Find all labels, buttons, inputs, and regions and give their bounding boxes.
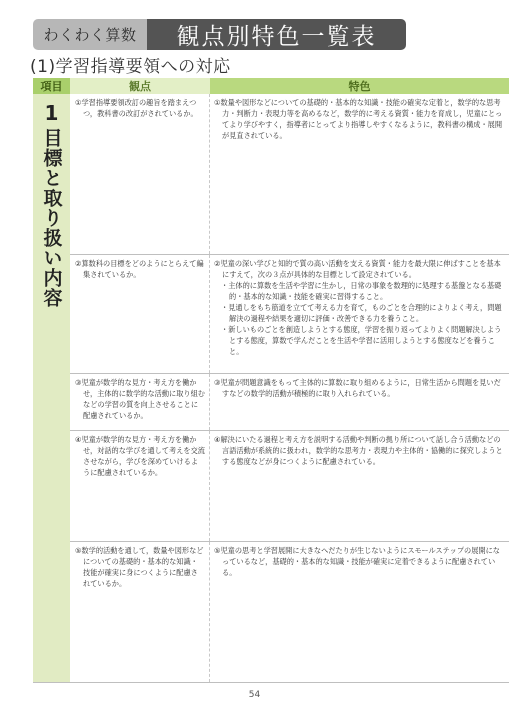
feature-cell: ①数量や図形などについての基礎的・基本的な知識・技能の確実な定着と，数学的な思考… — [210, 94, 509, 254]
feature-text: ④解決にいたる過程と考え方を説明する活動や判断の拠り所について話し合う活動などの… — [214, 434, 503, 467]
feature-text: ②児童の深い学びと知的で質の高い活動を支える資質・能力を最大限に伸ばすことを基本… — [214, 258, 503, 280]
category-number: 1 — [45, 102, 59, 124]
feature-cell: ③児童が問題意識をもって主体的に算数に取り組めるように，日常生活から問題を見いだ… — [210, 374, 509, 430]
textbook-name: わくわく算数 — [33, 19, 147, 50]
viewpoint-cell: ②算数科の目標をどのようにとらえて編集されているか。 — [70, 255, 210, 373]
table-row: ②算数科の目標をどのようにとらえて編集されているか。 ②児童の深い学びと知的で質… — [70, 254, 509, 373]
table-rows: ①学習指導要領改訂の趣旨を踏まえつつ，教科書の改訂がされているか。 ①数量や図形… — [70, 94, 509, 682]
viewpoint-text: ⑤数学的活動を通して，数量や図形などについての基礎的・基本的な知識・技能が確実に… — [75, 545, 205, 589]
category-column: 1 目標と取り扱い内容 — [33, 94, 70, 682]
viewpoint-text: ④児童が数学的な見方・考え方を働かせ，対話的な学びを通して考えを交流させながら，… — [75, 434, 205, 478]
viewpoint-text: ③児童が数学的な見方・考え方を働かせ，主体的に数学的な活動に取り組むなどの学習の… — [75, 377, 205, 421]
section-title: (1)学習指導要領への対応 — [30, 52, 231, 77]
feature-bullet: ・新しいものごとを創造しようとする態度，学習を振り返ってよりよく問題解決しようと… — [214, 324, 503, 357]
feature-table: 項目 観点 特色 1 目標と取り扱い内容 ①学習指導要領改訂の趣旨を踏まえつつ，… — [33, 78, 509, 683]
viewpoint-cell: ③児童が数学的な見方・考え方を働かせ，主体的に数学的な活動に取り組むなどの学習の… — [70, 374, 210, 430]
feature-cell: ⑤児童の思考と学習展開に大きなへだたりが生じないようにスモールステップの展開にな… — [210, 542, 509, 682]
feature-text: ①数量や図形などについての基礎的・基本的な知識・技能の確実な定着と，数学的な思考… — [214, 97, 503, 141]
table-row: ⑤数学的活動を通して，数量や図形などについての基礎的・基本的な知識・技能が確実に… — [70, 541, 509, 682]
header-feature: 特色 — [210, 78, 509, 94]
feature-bullet: ・見通しをもち筋道を立てて考える力を育て，ものごとを合理的によりよく考え，問題解… — [214, 302, 503, 324]
table-row: ③児童が数学的な見方・考え方を働かせ，主体的に数学的な活動に取り組むなどの学習の… — [70, 373, 509, 430]
viewpoint-cell: ④児童が数学的な見方・考え方を働かせ，対話的な学びを通して考えを交流させながら，… — [70, 431, 210, 541]
feature-text: ③児童が問題意識をもって主体的に算数に取り組めるように，日常生活から問題を見いだ… — [214, 377, 503, 399]
table-body: 1 目標と取り扱い内容 ①学習指導要領改訂の趣旨を踏まえつつ，教科書の改訂がされ… — [33, 94, 509, 682]
feature-bullet: ・主体的に算数を生活や学習に生かし，日常の事象を数理的に処理する基盤となる基礎的… — [214, 280, 503, 302]
viewpoint-text: ②算数科の目標をどのようにとらえて編集されているか。 — [75, 258, 205, 280]
header-viewpoint: 観点 — [70, 78, 210, 94]
table-header: 項目 観点 特色 — [33, 78, 509, 94]
feature-cell: ②児童の深い学びと知的で質の高い活動を支える資質・能力を最大限に伸ばすことを基本… — [210, 255, 509, 373]
feature-text: ⑤児童の思考と学習展開に大きなへだたりが生じないようにスモールステップの展開にな… — [214, 545, 503, 578]
title-bar: わくわく算数 観点別特色一覧表 — [33, 19, 406, 50]
viewpoint-cell: ①学習指導要領改訂の趣旨を踏まえつつ，教科書の改訂がされているか。 — [70, 94, 210, 254]
page-title: 観点別特色一覧表 — [147, 19, 406, 50]
table-row: ④児童が数学的な見方・考え方を働かせ，対話的な学びを通して考えを交流させながら，… — [70, 430, 509, 541]
header-item: 項目 — [33, 78, 70, 94]
page-number: 54 — [0, 690, 509, 700]
feature-cell: ④解決にいたる過程と考え方を説明する活動や判断の拠り所について話し合う活動などの… — [210, 431, 509, 541]
category-label: 目標と取り扱い内容 — [42, 128, 62, 308]
viewpoint-text: ①学習指導要領改訂の趣旨を踏まえつつ，教科書の改訂がされているか。 — [75, 97, 205, 119]
table-row: ①学習指導要領改訂の趣旨を踏まえつつ，教科書の改訂がされているか。 ①数量や図形… — [70, 94, 509, 254]
viewpoint-cell: ⑤数学的活動を通して，数量や図形などについての基礎的・基本的な知識・技能が確実に… — [70, 542, 210, 682]
